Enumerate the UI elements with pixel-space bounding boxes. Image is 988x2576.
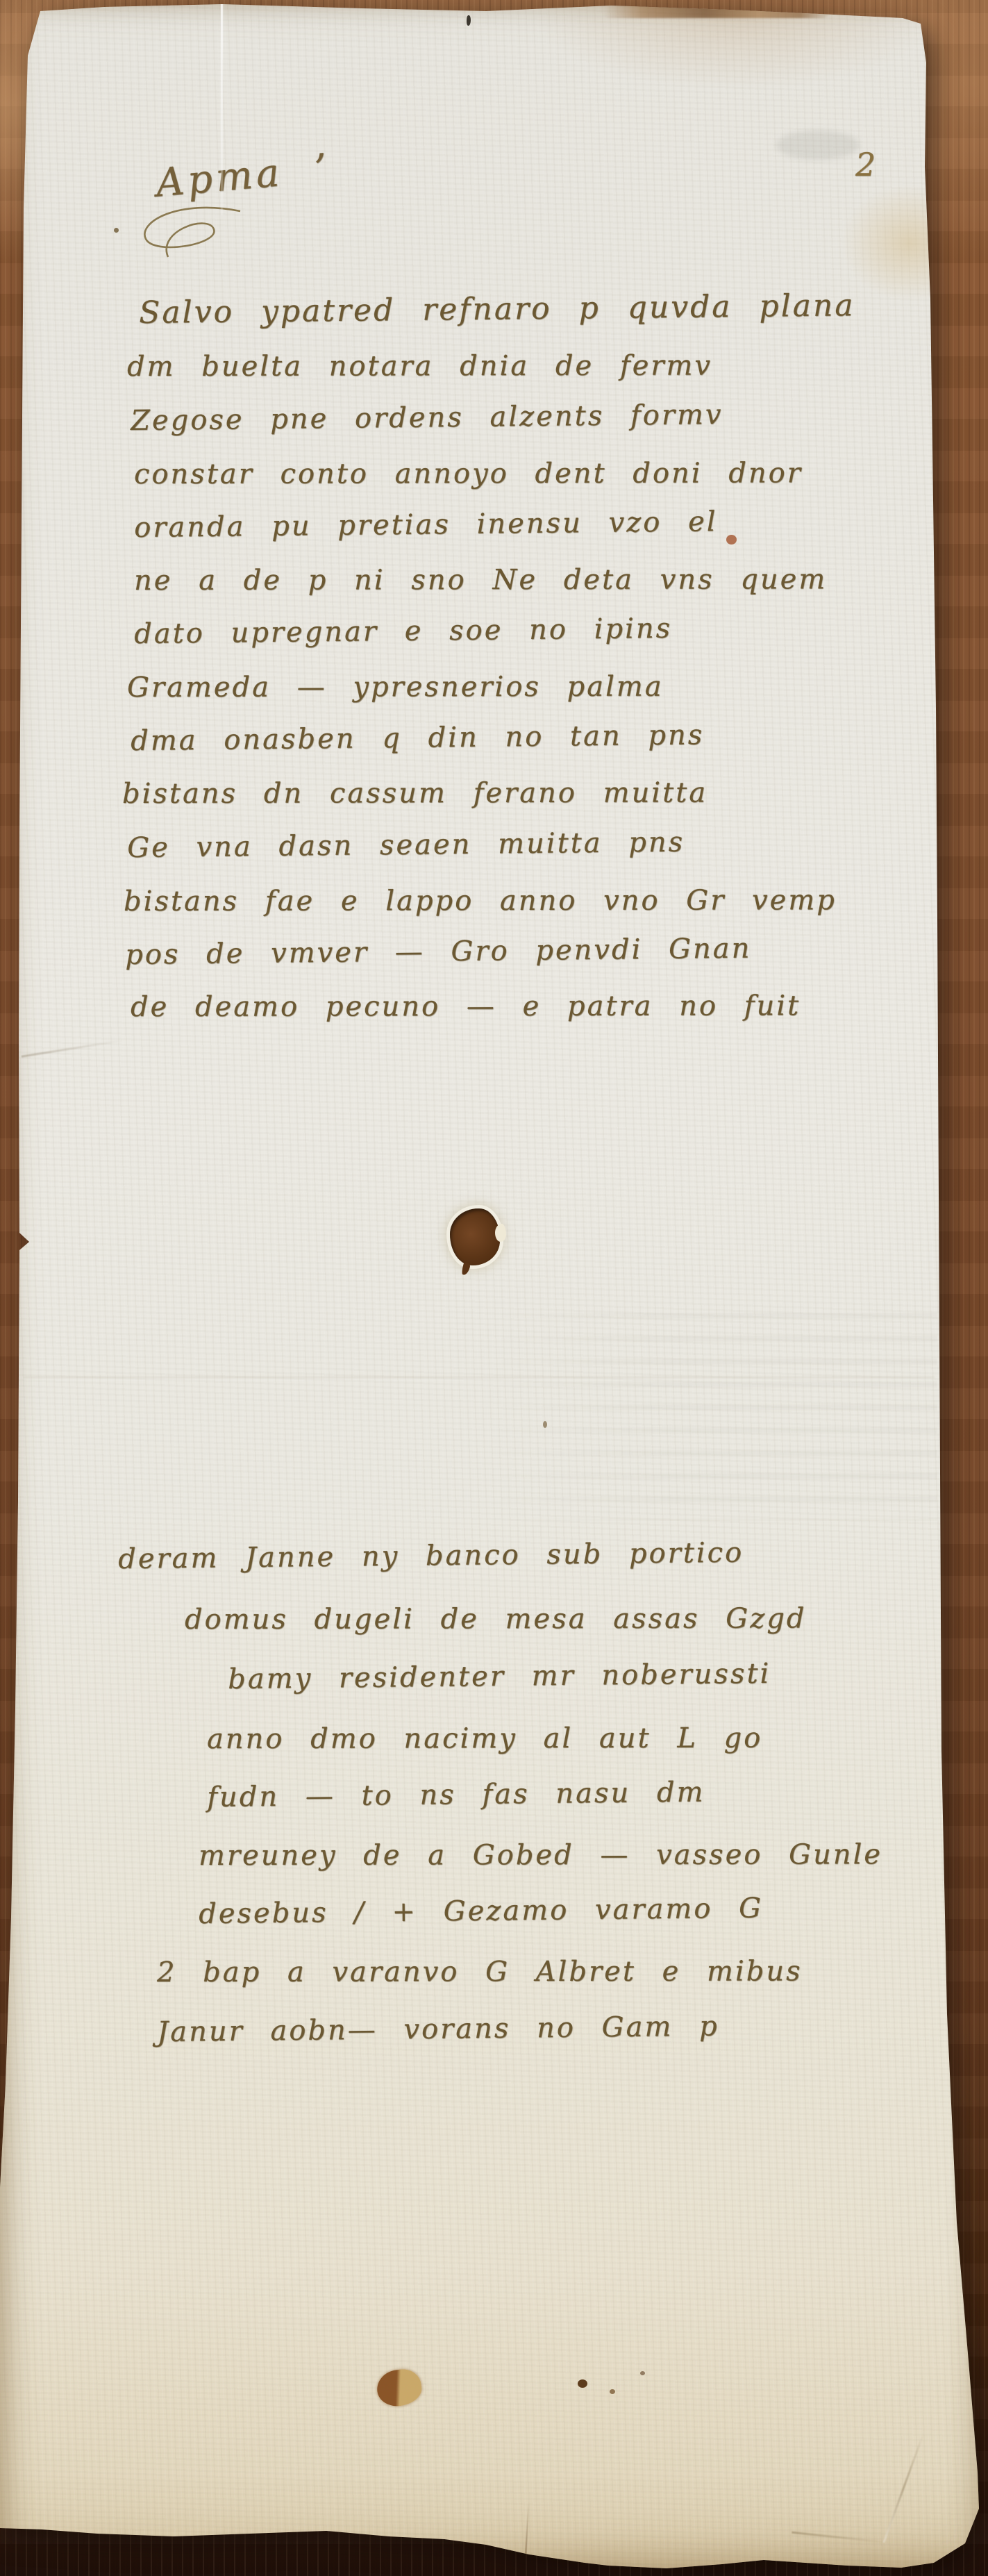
gray-smudge	[776, 131, 860, 160]
photo-of-manuscript: Apma ʼ 2 Salvo ypatred refnaro p quvda p…	[0, 0, 988, 2576]
handwriting-line: domus dugeli de mesa assas Gzgd	[185, 1602, 807, 1636]
red-ink-dot	[726, 535, 737, 545]
vertical-crease	[221, 3, 223, 215]
top-edge-stain	[603, 0, 832, 18]
handwriting-line: Salvo ypatred refnaro p quvda plana	[139, 288, 855, 331]
heading-flourish	[136, 203, 254, 272]
paper-shadow: Apma ʼ 2 Salvo ypatred refnaro p quvda p…	[0, 0, 988, 2576]
handwriting-line: Janur aobn— vorans no Gam p	[157, 2011, 719, 2048]
handwriting-line: fudn — to ns fas nasu dm	[207, 1776, 705, 1813]
handwriting-line: de deamo pecuno — e patra no fuit	[131, 990, 801, 1023]
handwriting-line: bamy residenter mr noberussti	[228, 1658, 771, 1695]
manuscript-sheet: Apma ʼ 2 Salvo ypatred refnaro p quvda p…	[0, 0, 988, 2576]
ink-speck	[467, 15, 471, 26]
handwriting-line: pos de vmver — Gro penvdi Gnan	[125, 933, 752, 971]
stain-speck	[640, 2371, 645, 2375]
stain-speck	[578, 2379, 587, 2388]
ink-dot	[114, 228, 119, 233]
handwriting-line: constar conto annoyo dent doni dnor	[134, 457, 803, 490]
handwriting-line: 2 bap a varanvo G Albret e mibus	[157, 1955, 803, 1988]
ink-speck	[543, 1421, 547, 1428]
handwriting-line: oranda pu pretias inensu vzo el	[134, 506, 718, 544]
left-edge-crease	[22, 1039, 125, 1057]
stain-speck	[610, 2389, 615, 2394]
handwriting-line: dm buelta notara dnia de fermv	[127, 350, 712, 383]
handwriting-line: desebus / + Gezamo varamo G	[199, 1892, 763, 1930]
bottom-stain	[375, 2367, 424, 2409]
handwriting-line: dma onasben q din no tan pns	[131, 719, 705, 757]
handwriting-line: Ge vna dasn seaen muitta pns	[127, 826, 685, 864]
horizontal-fold-line	[24, 1377, 935, 1380]
ink-show-through	[486, 1313, 937, 1521]
heading-word: Apma ʼ	[154, 146, 331, 206]
bottom-edge-crack	[525, 2502, 529, 2561]
corner-crease	[882, 2433, 924, 2543]
handwriting-line: Grameda — ypresnerios palma	[127, 671, 664, 704]
handwriting-line: Zegose pne ordens alzents formv	[131, 399, 723, 437]
folio-number: 2	[855, 146, 878, 183]
handwriting-line: bistans dn cassum ferano muitta	[122, 777, 707, 810]
handwriting-line: mreuney de a Gobed — vasseo Gunle	[199, 1838, 882, 1872]
worm-hole	[450, 1208, 500, 1265]
handwriting-line: deram Janne ny banco sub portico	[118, 1537, 744, 1575]
handwriting-line: anno dmo nacimy al aut L go	[207, 1722, 762, 1755]
handwriting-line: dato upregnar e soe no ipins	[134, 613, 672, 650]
handwriting-line: bistans fae e lappo anno vno Gr vemp	[124, 884, 837, 917]
handwriting-line: ne a de p ni sno Ne deta vns quem	[134, 563, 827, 597]
bottom-crease	[792, 2532, 889, 2544]
